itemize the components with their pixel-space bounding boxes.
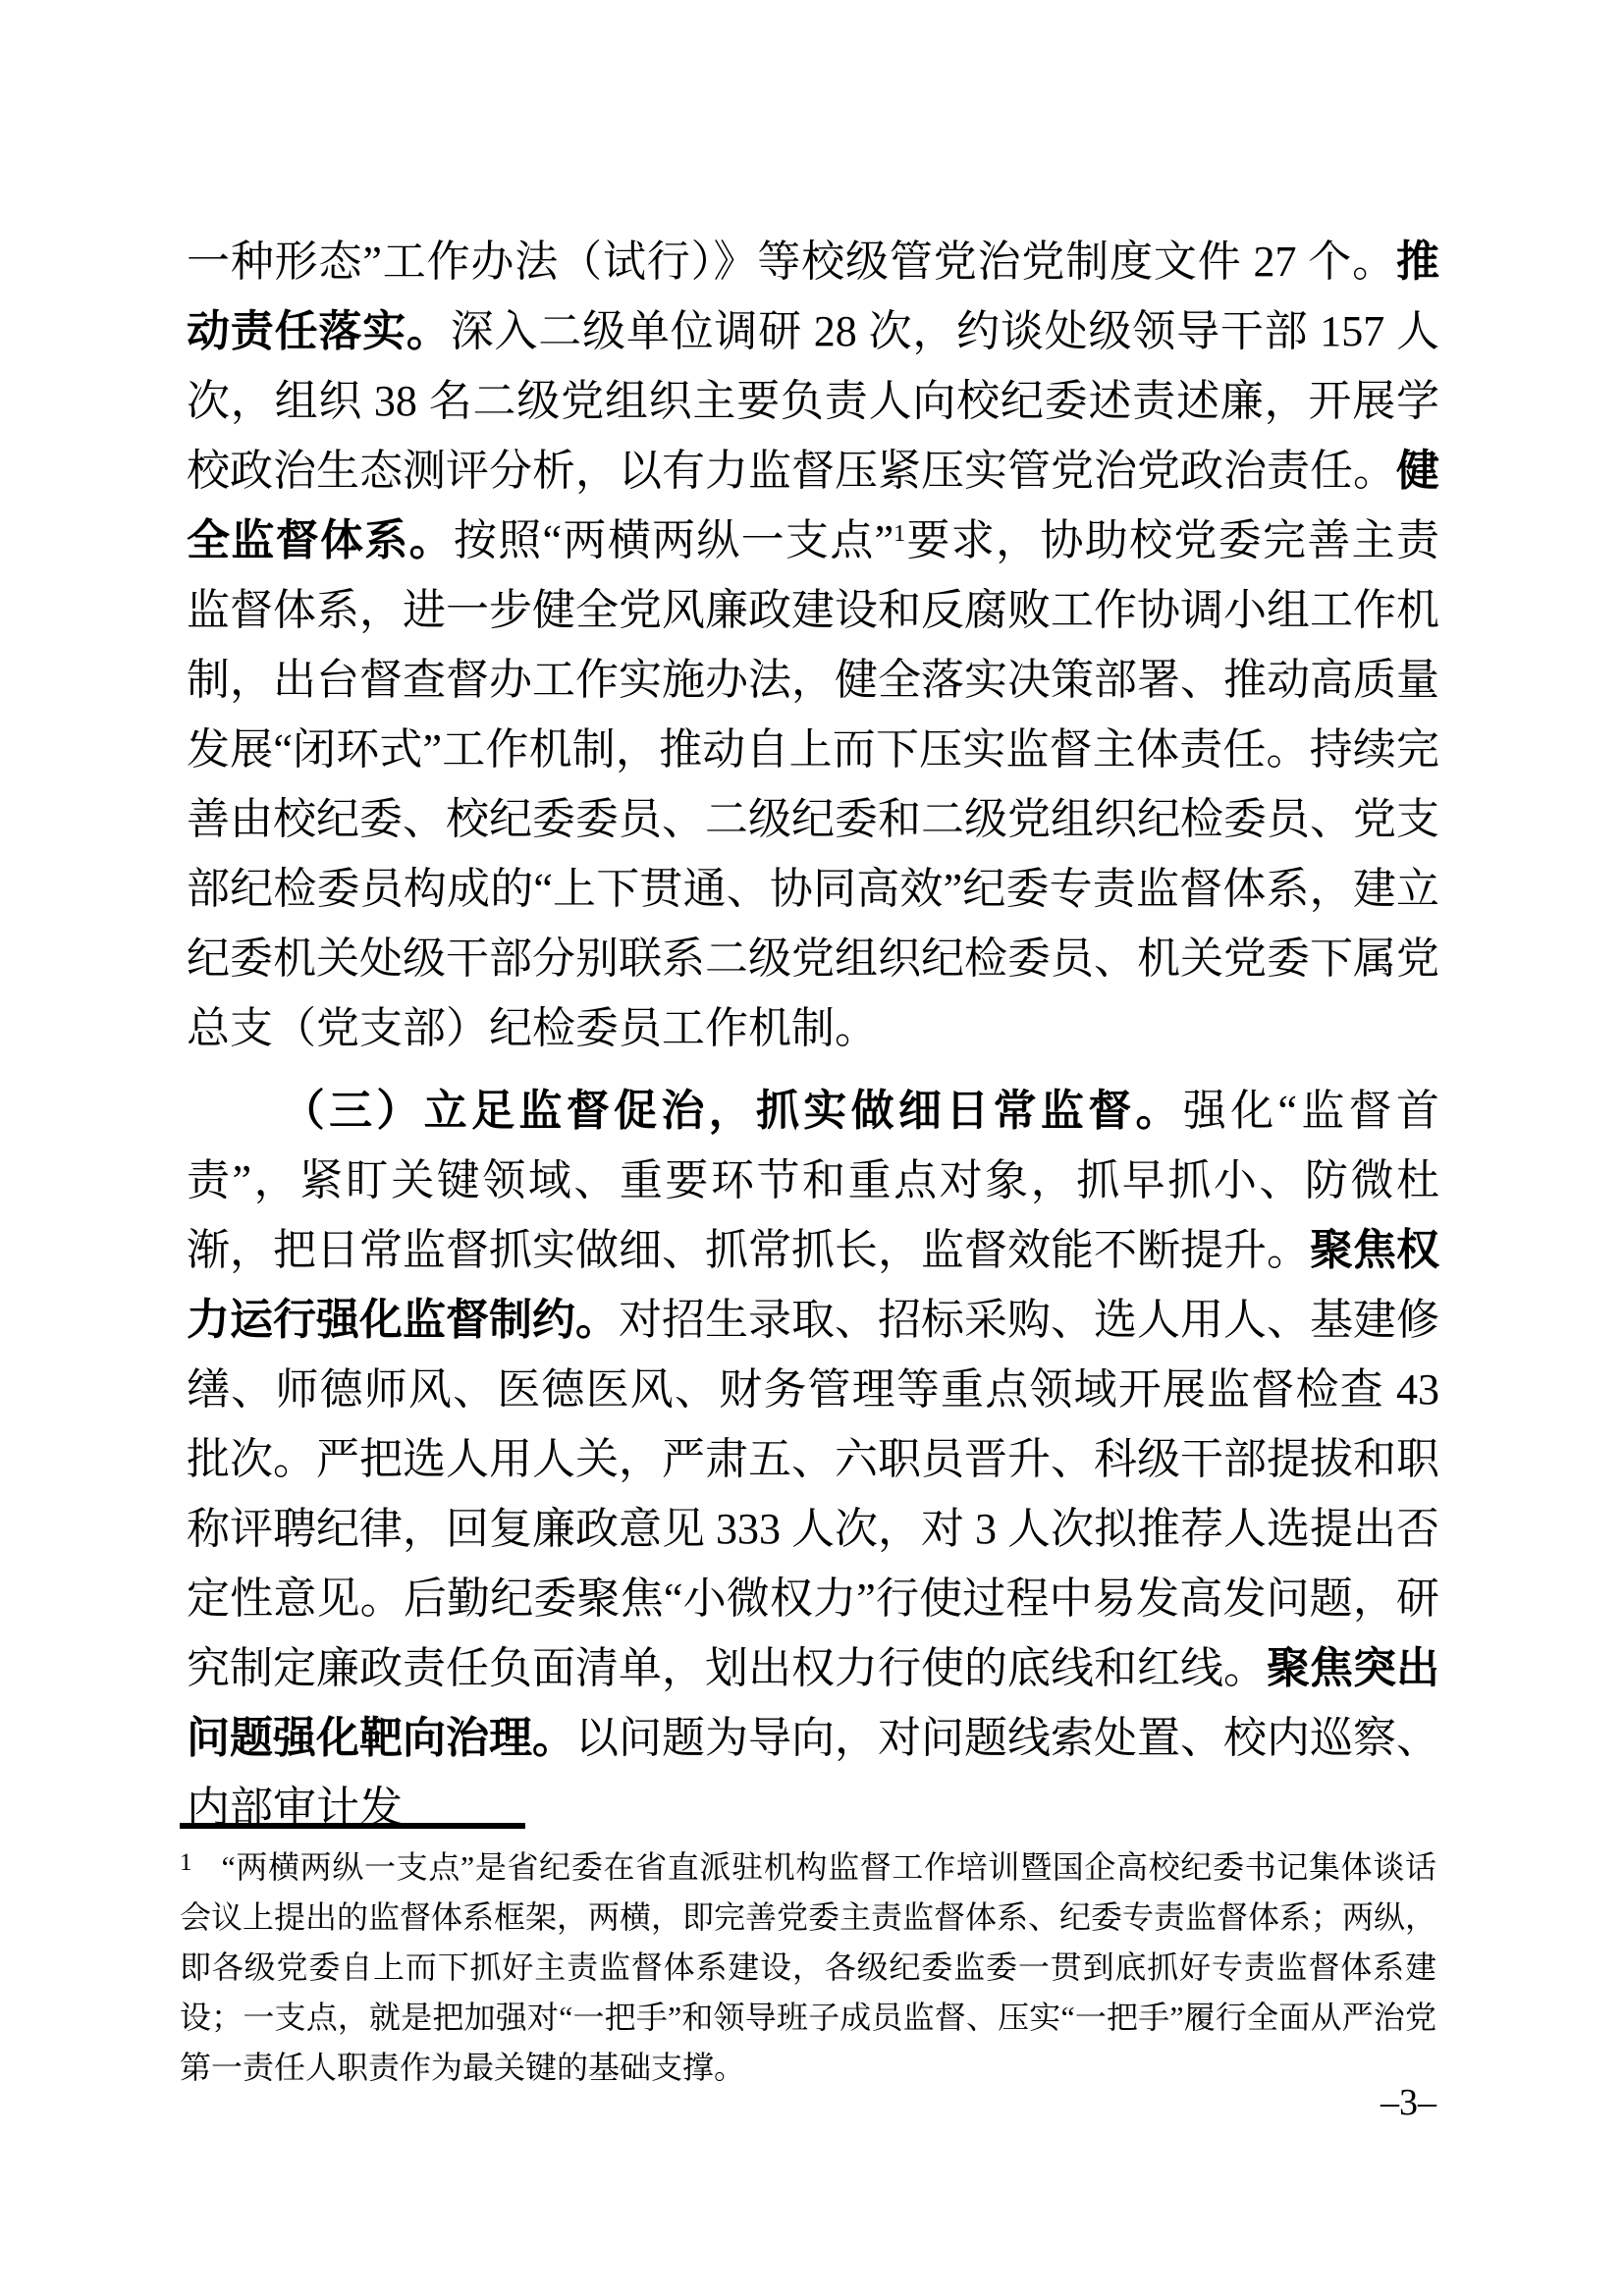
- page-number: –3–: [1380, 2081, 1436, 2124]
- footnote-text: “两横两纵一支点”是省纪委在省直派驻机构监督工作培训暨国企高校纪委书记集体谈话会…: [180, 1849, 1436, 2085]
- footnote-reference-mark: 1: [893, 521, 905, 547]
- footnote: 1“两横两纵一支点”是省纪委在省直派驻机构监督工作培训暨国企高校纪委书记集体谈话…: [180, 1838, 1436, 2093]
- text-run: 按照“两横两纵一支点”: [454, 516, 893, 564]
- bold-text-run: （三）立足监督促治，抓实做细日常监督。: [282, 1087, 1183, 1135]
- footnote-separator-rule: [180, 1823, 525, 1829]
- footnote-number: 1: [180, 1838, 192, 1888]
- main-text-block: 一种形态”工作办法（试行）》等校级管党治党制度文件 27 个。推动责任落实。深入…: [187, 227, 1439, 1842]
- paragraph-section-3: （三）立足监督促治，抓实做细日常监督。强化“监督首责”，紧盯关键领域、重要环节和…: [187, 1076, 1439, 1842]
- text-run: 要求，协助校党委完善主责监督体系，进一步健全党风廉政建设和反腐败工作协调小组工作…: [187, 516, 1439, 1052]
- text-run: 对招生录取、招标采购、选人用人、基建修缮、师德师风、医德医风、财务管理等重点领域…: [187, 1296, 1439, 1692]
- paragraph-continued: 一种形态”工作办法（试行）》等校级管党治党制度文件 27 个。推动责任落实。深入…: [187, 227, 1439, 1063]
- text-run: 一种形态”工作办法（试行）》等校级管党治党制度文件 27 个。: [187, 238, 1396, 286]
- document-page: 一种形态”工作办法（试行）》等校级管党治党制度文件 27 个。推动责任落实。深入…: [0, 0, 1624, 2296]
